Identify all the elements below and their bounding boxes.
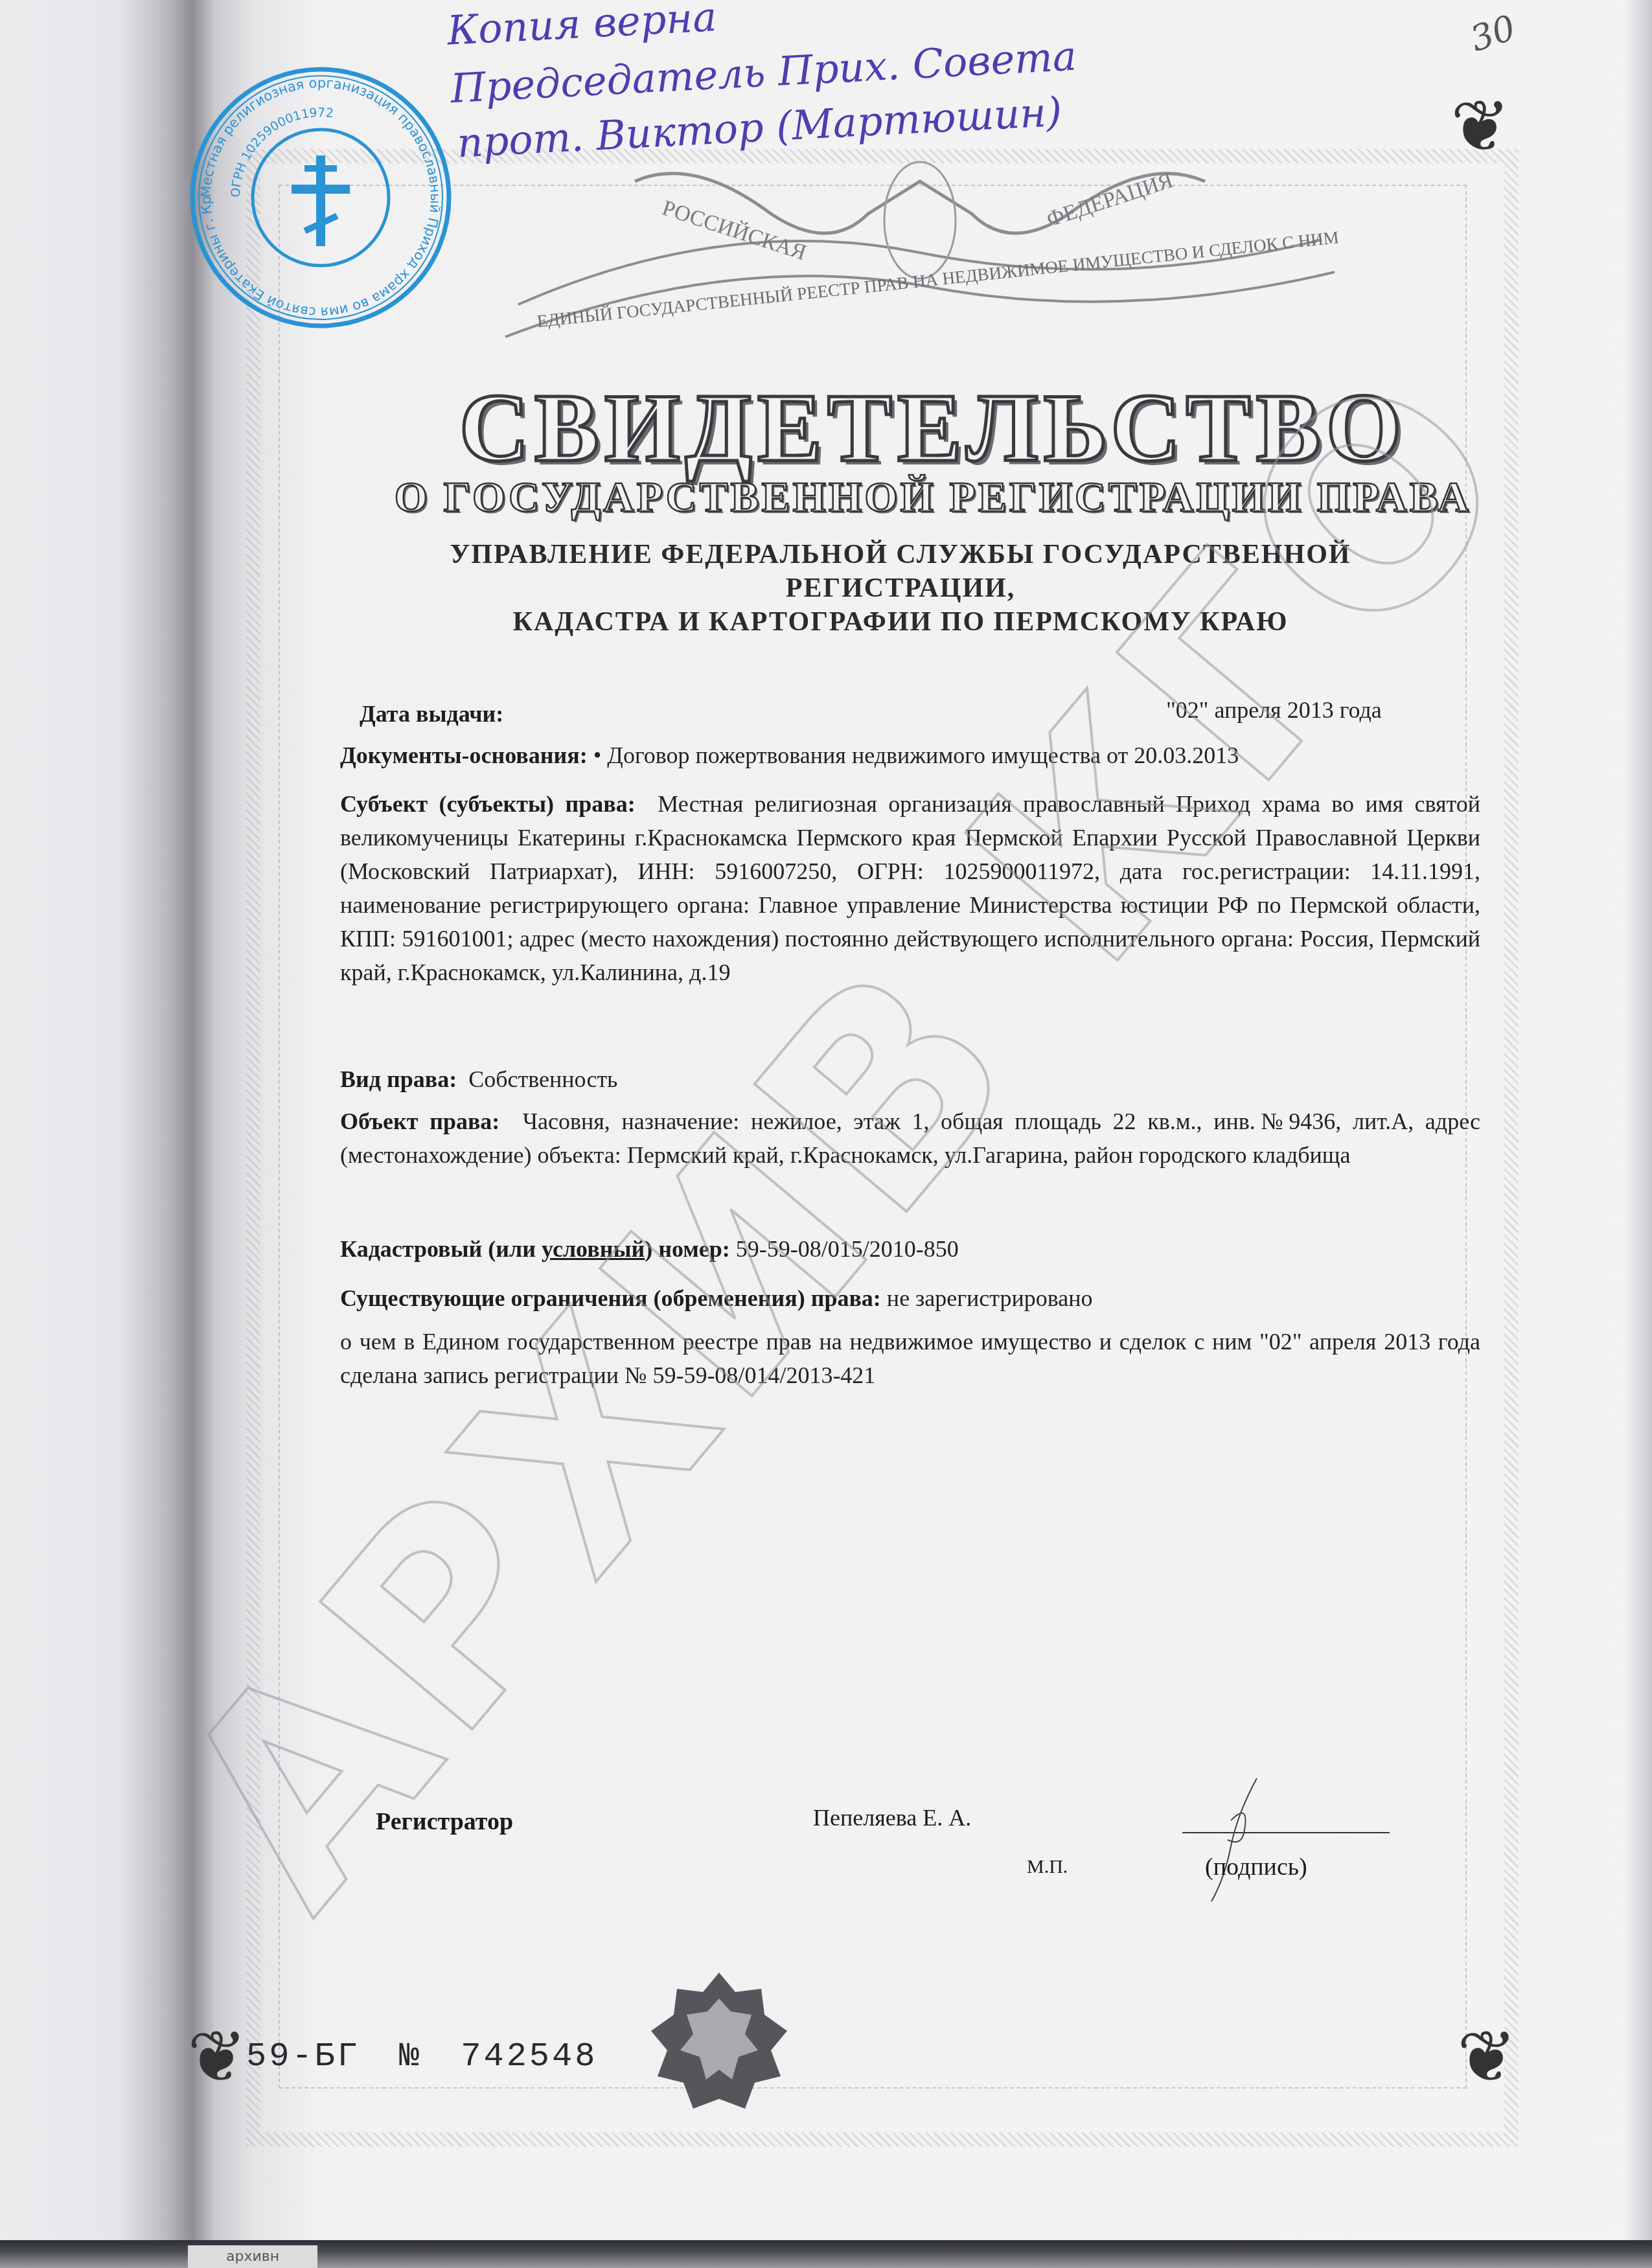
form-serial-number: 59-БГ№742548	[246, 2037, 636, 2076]
guilloche-rosette-icon	[648, 1969, 790, 2118]
registrar-label: Регистратор	[376, 1807, 513, 1836]
handwritten-line: Копия верна	[446, 0, 717, 54]
encumbrances: Существующие ограничения (обременения) п…	[340, 1281, 1480, 1315]
registrar-name: Пепеляева Е. А.	[813, 1804, 971, 1831]
corner-ornament-icon: ❦	[1445, 91, 1516, 162]
archive-label: архивн	[188, 2245, 317, 2268]
issue-date-label: Дата выдачи:	[360, 697, 503, 731]
issuing-authority: УПРАВЛЕНИЕ ФЕДЕРАЛЬНОЙ СЛУЖБЫ ГОСУДАРСТВ…	[343, 538, 1458, 639]
seal-place-label: М.П.	[1027, 1856, 1068, 1878]
issue-date-value: "02" апреля 2013 года	[1166, 693, 1382, 727]
registration-record: о чем в Едином государственном реестре п…	[340, 1325, 1480, 1392]
property-object: Объект права: Часовня, назначение: нежил…	[340, 1105, 1480, 1172]
right-type: Вид права: Собственность	[340, 1062, 1480, 1096]
corner-ornament-icon: ❦	[181, 2021, 253, 2092]
certificate-title: СВИДЕТЕЛЬСТВО	[0, 372, 1652, 484]
corner-ornament-icon: ❦	[1451, 2021, 1522, 2092]
rights-holder: Субъект (субъекты) права: Местная религи…	[340, 787, 1480, 989]
svg-text:ЕДИНЫЙ ГОСУДАРСТВЕННЫЙ РЕЕСТР: ЕДИНЫЙ ГОСУДАРСТВЕННЫЙ РЕЕСТР ПРАВ НА НЕ…	[536, 227, 1339, 331]
svg-text:ФЕДЕРАЦИЯ: ФЕДЕРАЦИЯ	[1044, 168, 1176, 232]
signature-mark	[1179, 1775, 1283, 1905]
adjacent-page	[0, 0, 214, 2241]
signature-caption: (подпись)	[1205, 1853, 1307, 1881]
orthodox-cross-icon	[292, 155, 350, 246]
cadastral-number: Кадастровый (или условный) номер: 59-59-…	[340, 1232, 1480, 1266]
certificate-subtitle: О ГОСУДАРСТВЕННОЙ РЕГИСТРАЦИИ ПРАВА	[0, 473, 1652, 522]
svg-text:РОССИЙСКАЯ: РОССИЙСКАЯ	[660, 196, 809, 265]
handwritten-certification: Копия верна Председатель Прих. Совета пр…	[389, 0, 1231, 168]
state-emblem-ribbon: РОССИЙСКАЯ ФЕДЕРАЦИЯ ЕДИНЫЙ ГОСУДАРСТВЕН…	[466, 143, 1373, 356]
documents-basis: Документы-основания: • Договор пожертвов…	[340, 739, 1480, 772]
page-edge	[1626, 0, 1652, 2241]
